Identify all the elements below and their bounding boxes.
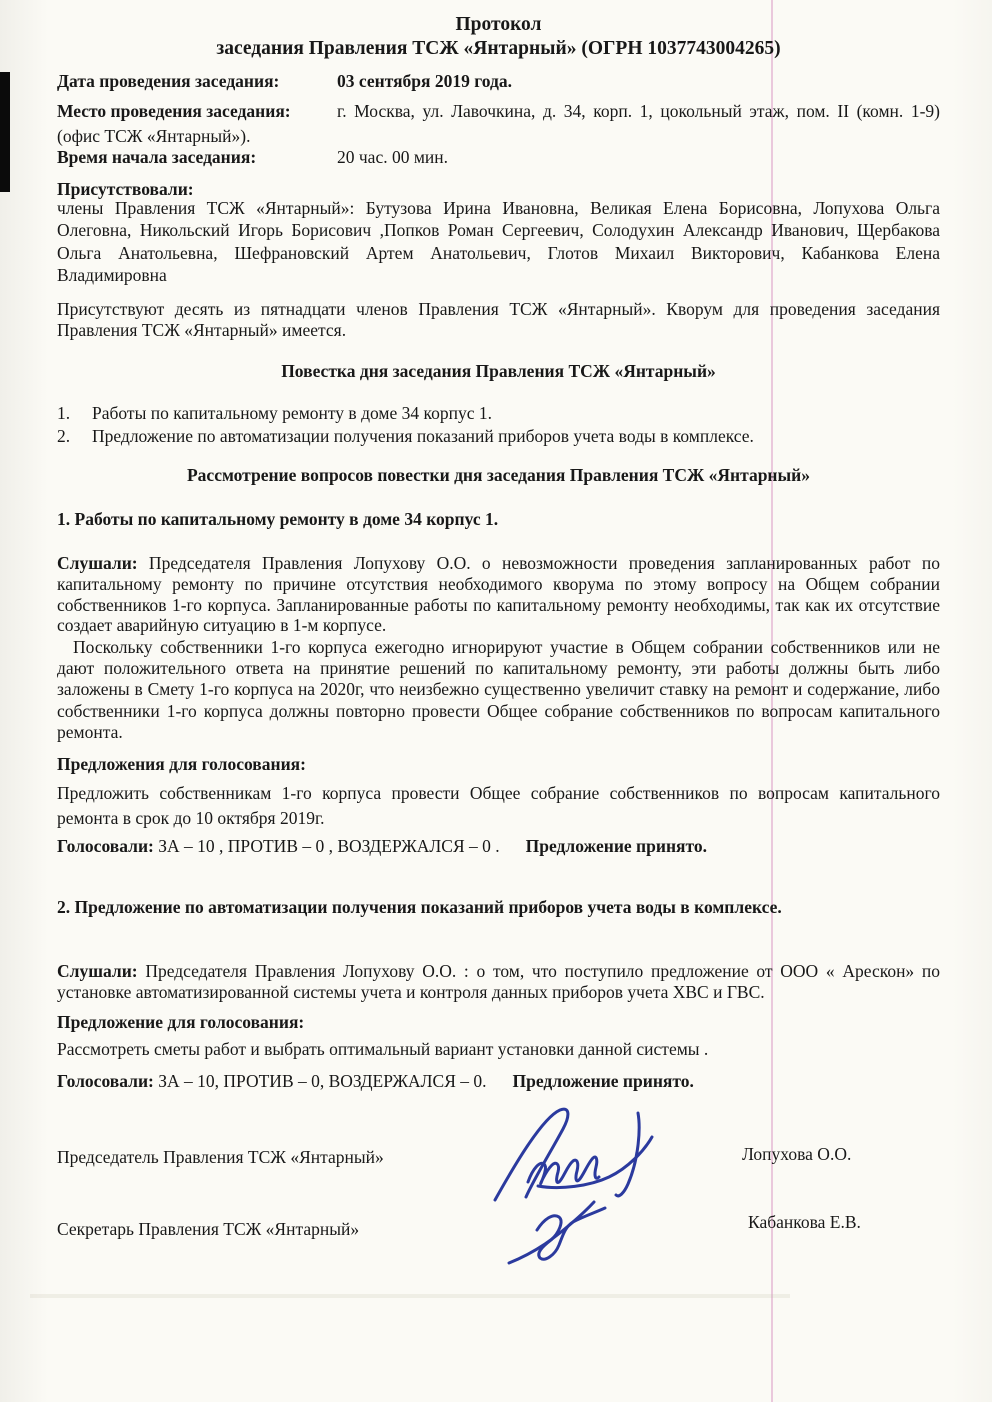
question1-heard-paragraph: Слушали: Председателя Правления Лопухову…: [57, 553, 940, 636]
vote-label: Голосовали:: [57, 1071, 154, 1091]
doc-subtitle: заседания Правления ТСЖ «Янтарный» (ОГРН…: [57, 38, 940, 60]
agenda-item-number: 2.: [57, 425, 92, 448]
question2-vote-line: Голосовали: ЗА – 10, ПРОТИВ – 0, ВОЗДЕРЖ…: [57, 1071, 940, 1093]
question1-heading: 1. Работы по капитальному ремонту в доме…: [57, 509, 940, 531]
agenda-item-text: Предложение по автоматизации получения п…: [92, 426, 754, 446]
meeting-date-value: 03 сентября 2019 года.: [337, 71, 512, 91]
vote-text: ЗА – 10 , ПРОТИВ – 0 , ВОЗДЕРЖАЛСЯ – 0 .: [154, 836, 500, 856]
meeting-date-row: Дата проведения заседания:03 сентября 20…: [57, 71, 940, 93]
consideration-heading: Рассмотрение вопросов повестки дня засед…: [57, 465, 940, 487]
meeting-time-label: Время начала заседания:: [57, 147, 337, 169]
handwritten-signature-chairman: [492, 1106, 657, 1204]
heard-label: Слушали:: [57, 553, 138, 573]
question2-heading: 2. Предложение по автоматизации получени…: [57, 897, 940, 919]
scanned-protocol-document: Протокол заседания Правления ТСЖ «Янтарн…: [0, 0, 992, 1402]
agenda-item-text: Работы по капитальному ремонту в доме 34…: [92, 403, 492, 423]
meeting-place-row: Место проведения заседания:г. Москва, ул…: [57, 99, 940, 148]
question2-proposal-heading: Предложение для голосования:: [57, 1012, 940, 1034]
agenda-heading: Повестка дня заседания Правления ТСЖ «Ян…: [57, 361, 940, 383]
vote-result: Предложение принято.: [526, 836, 707, 856]
signature-name-chairman: Лопухова О.О.: [742, 1144, 942, 1166]
meeting-time-row: Время начала заседания:20 час. 00 мин.: [57, 147, 940, 169]
heard-text: Председателя Правления Лопухову О.О. : о…: [57, 961, 940, 1002]
question2-heard-paragraph: Слушали: Председателя Правления Лопухову…: [57, 961, 940, 1002]
attendees-members: члены Правления ТСЖ «Янтарный»: Бутузова…: [57, 197, 940, 286]
question1-proposal-text: Предложить собственникам 1-го корпуса пр…: [57, 781, 940, 831]
scan-edge-mark: [0, 72, 10, 192]
meeting-time-value: 20 час. 00 мин.: [337, 147, 448, 167]
vote-text: ЗА – 10, ПРОТИВ – 0, ВОЗДЕРЖАЛСЯ – 0.: [154, 1071, 487, 1091]
signature-role-chairman: Председатель Правления ТСЖ «Янтарный»: [57, 1147, 527, 1169]
question1-heard-paragraph-2: Поскольку собственники 1-го корпуса ежег…: [57, 637, 940, 743]
agenda-item: 1.Работы по капитальному ремонту в доме …: [57, 402, 940, 425]
meeting-date-label: Дата проведения заседания:: [57, 71, 337, 93]
vote-result: Предложение принято.: [513, 1071, 694, 1091]
question1-vote-line: Голосовали: ЗА – 10 , ПРОТИВ – 0 , ВОЗДЕ…: [57, 836, 940, 858]
heard-text: Председателя Правления Лопухову О.О. о н…: [57, 553, 940, 635]
quorum-note: Присутствуют десять из пятнадцати членов…: [57, 299, 940, 341]
signature-role-secretary: Секретарь Правления ТСЖ «Янтарный»: [57, 1219, 527, 1241]
question1-proposal-heading: Предложения для голосования:: [57, 754, 940, 776]
doc-title: Протокол: [57, 14, 940, 36]
meeting-place-label: Место проведения заседания:: [57, 99, 337, 124]
agenda-list: 1.Работы по капитальному ремонту в доме …: [57, 402, 940, 447]
signature-name-secretary: Кабанкова Е.В.: [748, 1212, 948, 1234]
vote-label: Голосовали:: [57, 836, 154, 856]
agenda-item-number: 1.: [57, 402, 92, 425]
question2-proposal-text: Рассмотреть сметы работ и выбрать оптима…: [57, 1039, 940, 1061]
handwritten-signature-secretary: [506, 1200, 616, 1266]
heard-label: Слушали:: [57, 961, 138, 981]
agenda-item: 2.Предложение по автоматизации получения…: [57, 425, 940, 448]
